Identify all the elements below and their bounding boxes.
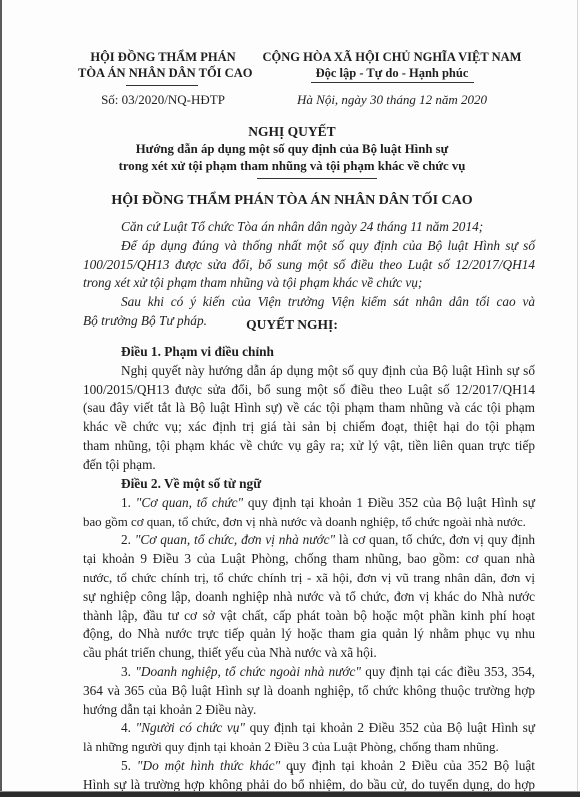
preamble: Căn cứ Luật Tổ chức Tòa án nhân dân ngày… xyxy=(83,218,535,331)
decision-heading: QUYẾT NGHỊ: xyxy=(2,317,580,333)
clause-line: tại khoản 9 Điều 3 của Luật Phòng, chống… xyxy=(83,550,535,569)
article-line: Nghị quyết này hướng dẫn áp dụng một số … xyxy=(83,362,535,381)
article-line: tham nhũng, tội phạm khác về chức vụ gây… xyxy=(83,437,535,456)
national-motto: Độc lập - Tự do - Hạnh phúc xyxy=(257,65,527,81)
clause-4: 4. "Người có chức vụ" quy định tại khoản… xyxy=(83,719,535,738)
page-number: 1 xyxy=(2,766,580,778)
clause-line: động, do Nhà nước trực tiếp quản lý hoặc… xyxy=(83,625,535,644)
article-2: Điều 2. Về một số từ ngữ 1. "Cơ quan, tổ… xyxy=(83,475,535,795)
clause-line: bao gồm cơ quan, tổ chức, đơn vị nhà nướ… xyxy=(83,513,535,532)
document-title: NGHỊ QUYẾT xyxy=(2,124,580,140)
issuer-underline xyxy=(126,85,198,86)
preamble-line: Căn cứ Luật Tổ chức Tòa án nhân dân ngày… xyxy=(83,218,535,237)
article-2-heading: Điều 2. Về một số từ ngữ xyxy=(83,475,535,494)
motto-underline xyxy=(311,82,474,83)
article-line: 100/2015/QH13 được sửa đổi, bổ sung một … xyxy=(83,381,535,400)
page-right-edge xyxy=(577,0,578,792)
article-line: đến tội phạm. xyxy=(83,456,535,475)
clause-3: 3. "Doanh nghiệp, tổ chức ngoài nhà nước… xyxy=(83,663,535,682)
article-line: khác về chức vụ; xác định trị giá tài sả… xyxy=(83,418,535,437)
clause-line: thành lập, đầu tư cơ sở vật chất, cấp ph… xyxy=(83,607,535,626)
national-title: CỘNG HÒA XÃ HỘI CHỦ NGHĨA VIỆT NAM xyxy=(257,49,527,65)
clause-term: "Cơ quan, tổ chức, đơn vị nhà nước" xyxy=(135,532,335,547)
place-date: Hà Nội, ngày 30 tháng 12 năm 2020 xyxy=(257,92,527,108)
preamble-line: 100/2015/QH13 được sửa đổi, bổ sung một … xyxy=(83,256,535,275)
clause-1: 1. "Cơ quan, tổ chức" quy định tại khoản… xyxy=(83,494,535,513)
clause-line: sự nghiệp công lập, doanh nghiệp nhà nướ… xyxy=(83,588,535,607)
issuer-name-line1: HỘI ĐỒNG THẨM PHÁN xyxy=(78,49,248,65)
clause-term: "Doanh nghiệp, tổ chức ngoài nhà nước" xyxy=(135,664,361,679)
clause-line: 364 và 365 của Bộ luật Hình sự là doanh … xyxy=(83,682,535,701)
clause-term: "Người có chức vụ" xyxy=(136,720,245,735)
document-subtitle-line2: trong xét xử tội phạm tham nhũng và tội … xyxy=(2,159,580,174)
viewer-bottom-bar xyxy=(0,791,580,797)
document-page: HỘI ĐỒNG THẨM PHÁN TÒA ÁN NHÂN DÂN TỐI C… xyxy=(0,0,580,792)
clause-line: nước, tổ chức chính trị, tổ chức chính t… xyxy=(83,569,535,588)
title-underline xyxy=(257,178,377,179)
clause-2: 2. "Cơ quan, tổ chức, đơn vị nhà nước" l… xyxy=(83,531,535,550)
clause-line: hướng dẫn tại khoản 2 Điều này. xyxy=(83,701,535,720)
clause-line: cầu phát triển chung, thiết yếu của Nhà … xyxy=(83,644,535,663)
issuer-name-line2: TÒA ÁN NHÂN DÂN TỐI CAO xyxy=(78,65,248,81)
clause-term: "Cơ quan, tổ chức" xyxy=(136,495,243,510)
article-1-heading: Điều 1. Phạm vi điều chỉnh xyxy=(83,343,535,362)
document-subtitle-line1: Hướng dẫn áp dụng một số quy định của Bộ… xyxy=(2,142,580,157)
document-number: Số: 03/2020/NQ-HĐTP xyxy=(78,92,248,108)
preamble-line: Sau khi có ý kiến của Viện trưởng Viện k… xyxy=(83,293,535,312)
preamble-line: Để áp dụng đúng và thống nhất một số quy… xyxy=(83,237,535,256)
article-1: Điều 1. Phạm vi điều chỉnh Nghị quyết nà… xyxy=(83,343,535,475)
clause-line: là những người quy định tại khoản 2 Điều… xyxy=(83,738,535,757)
preamble-line: trong xét xử tội phạm tham nhũng và tội … xyxy=(83,274,535,293)
article-line: (sau đây viết tắt là Bộ luật Hình sự) về… xyxy=(83,399,535,418)
issuer-heading: HỘI ĐỒNG THẨM PHÁN TÒA ÁN NHÂN DÂN TỐI C… xyxy=(2,193,580,209)
